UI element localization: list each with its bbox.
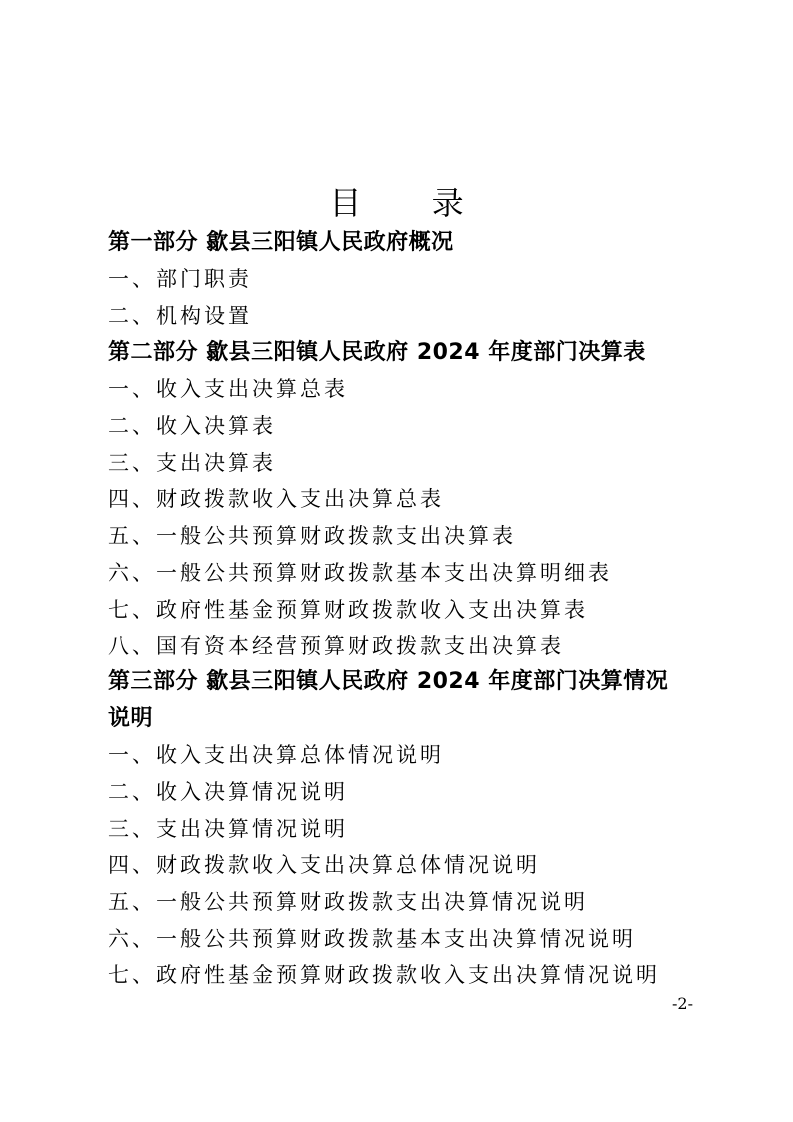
toc-item: 五、一般公共预算财政拨款支出决算情况说明 — [108, 888, 588, 916]
toc-part-3-heading-cont: 说明 — [108, 705, 153, 733]
page-number: -2- — [672, 994, 693, 1013]
toc-item: 一、部门职责 — [108, 265, 252, 293]
toc-item: 五、一般公共预算财政拨款支出决算表 — [108, 522, 516, 550]
toc-item: 二、收入决算表 — [108, 412, 276, 440]
toc-part-3-heading: 第三部分 歙县三阳镇人民政府 2024 年度部门决算情况 — [108, 668, 668, 696]
toc-item: 二、机构设置 — [108, 302, 252, 330]
toc-item: 六、一般公共预算财政拨款基本支出决算明细表 — [108, 559, 612, 587]
toc-part-1-heading: 第一部分 歙县三阳镇人民政府概况 — [108, 229, 454, 257]
toc-item: 六、一般公共预算财政拨款基本支出决算情况说明 — [108, 925, 636, 953]
toc-item: 三、支出决算表 — [108, 449, 276, 477]
toc-part-2-heading: 第二部分 歙县三阳镇人民政府 2024 年度部门决算表 — [108, 339, 646, 367]
document-page: 目 录 第一部分 歙县三阳镇人民政府概况 一、部门职责 二、机构设置 第二部分 … — [0, 0, 793, 1122]
toc-item: 七、政府性基金预算财政拨款收入支出决算情况说明 — [108, 961, 660, 989]
toc-item: 四、财政拨款收入支出决算总体情况说明 — [108, 851, 540, 879]
toc-item: 四、财政拨款收入支出决算总表 — [108, 485, 444, 513]
toc-item: 三、支出决算情况说明 — [108, 815, 348, 843]
toc-title: 目 录 — [0, 183, 793, 223]
toc-item: 八、国有资本经营预算财政拨款支出决算表 — [108, 632, 564, 660]
toc-item: 一、收入支出决算总表 — [108, 375, 348, 403]
toc-item: 一、收入支出决算总体情况说明 — [108, 741, 444, 769]
toc-item: 七、政府性基金预算财政拨款收入支出决算表 — [108, 596, 588, 624]
toc-item: 二、收入决算情况说明 — [108, 778, 348, 806]
